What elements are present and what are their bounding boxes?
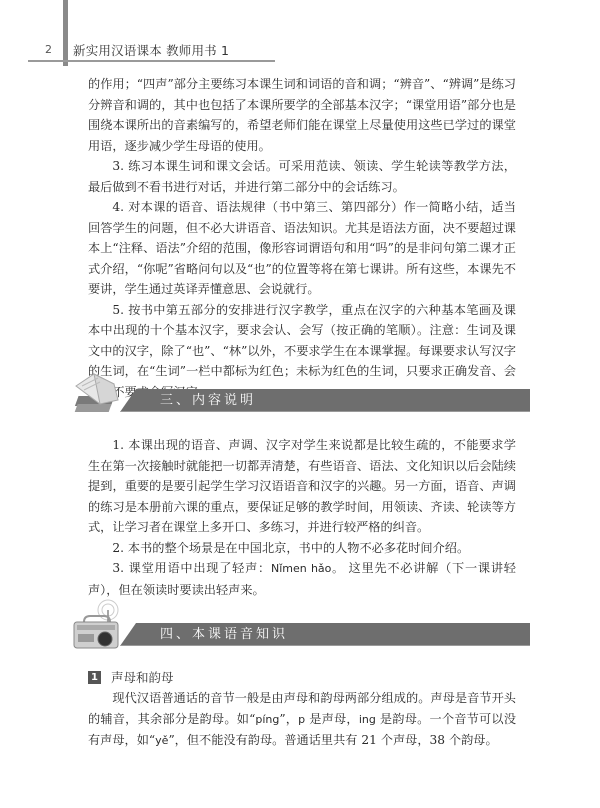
- open-book-icon: [70, 370, 132, 416]
- paragraph-continued: 的作用；“四声”部分主要练习本课生词和词语的音和调；“辨音”、“辨调”是练习分辨…: [88, 74, 516, 156]
- subsection-heading: 1 声母和韵母: [88, 668, 174, 686]
- subsection-title: 声母和韵母: [111, 668, 174, 686]
- text-segment: ”，但不能没有韵母。普通话里共有 21 个声母，38 个韵母。: [168, 733, 497, 747]
- paragraph-content-2: 2. 本书的整个场景是在中国北京，书中的人物不必多花时间介绍。: [88, 538, 516, 559]
- header-horizontal-rule: [28, 60, 275, 62]
- paragraph-content-3: 3. 课堂用语中出现了轻声：Nǐmen hǎo。 这里先不必讲解（下一课讲轻声）…: [88, 558, 516, 600]
- paragraph-item-4: 4. 对本课的语音、语法规律（书中第三、第四部分）作一简略小结，适当回答学生的问…: [88, 197, 516, 300]
- subsection-number: 1: [88, 671, 101, 684]
- text-segment: 是声母，: [305, 712, 359, 726]
- section-title: 三、内容说明: [160, 389, 256, 408]
- pinyin-example: Nǐmen hǎo。: [271, 562, 344, 575]
- running-title: 新实用汉语课本 教师用书 1: [73, 41, 229, 59]
- top-text-block: 的作用；“四声”部分主要练习本课生词和词语的音和调；“辨音”、“辨调”是练习分辨…: [88, 74, 516, 402]
- text-segment: ”，: [279, 712, 298, 726]
- paragraph-initials-finals: 现代汉语普通话的音节一般是由声母和韵母两部分组成的。声母是音节开头的辅音，其余部…: [88, 688, 516, 752]
- radio-icon: [70, 598, 126, 650]
- pinyin-example: yě: [155, 734, 168, 747]
- page-number: 2: [45, 43, 52, 56]
- pinyin-example: píng: [255, 713, 279, 726]
- text-segment: 3. 课堂用语中出现了轻声：: [112, 561, 271, 575]
- paragraph-content-1: 1. 本课出现的语音、声调、汉字对学生来说都是比较生疏的，不能要求学生在第一次接…: [88, 435, 516, 538]
- pinyin-final: ing: [359, 713, 376, 726]
- header-vertical-rule: [63, 0, 68, 66]
- section-four-text: 现代汉语普通话的音节一般是由声母和韵母两部分组成的。声母是音节开头的辅音，其余部…: [88, 688, 516, 752]
- section-three-text: 1. 本课出现的语音、声调、汉字对学生来说都是比较生疏的，不能要求学生在第一次接…: [88, 435, 516, 600]
- section-banner-phonetics: 四、本课语音知识: [70, 606, 530, 650]
- section-banner-content-notes: 三、内容说明: [70, 372, 530, 416]
- section-title: 四、本课语音知识: [160, 623, 288, 642]
- paragraph-item-3: 3. 练习本课生词和课文会话。可采用范读、领读、学生轮读等教学方法，最后做到不看…: [88, 156, 516, 197]
